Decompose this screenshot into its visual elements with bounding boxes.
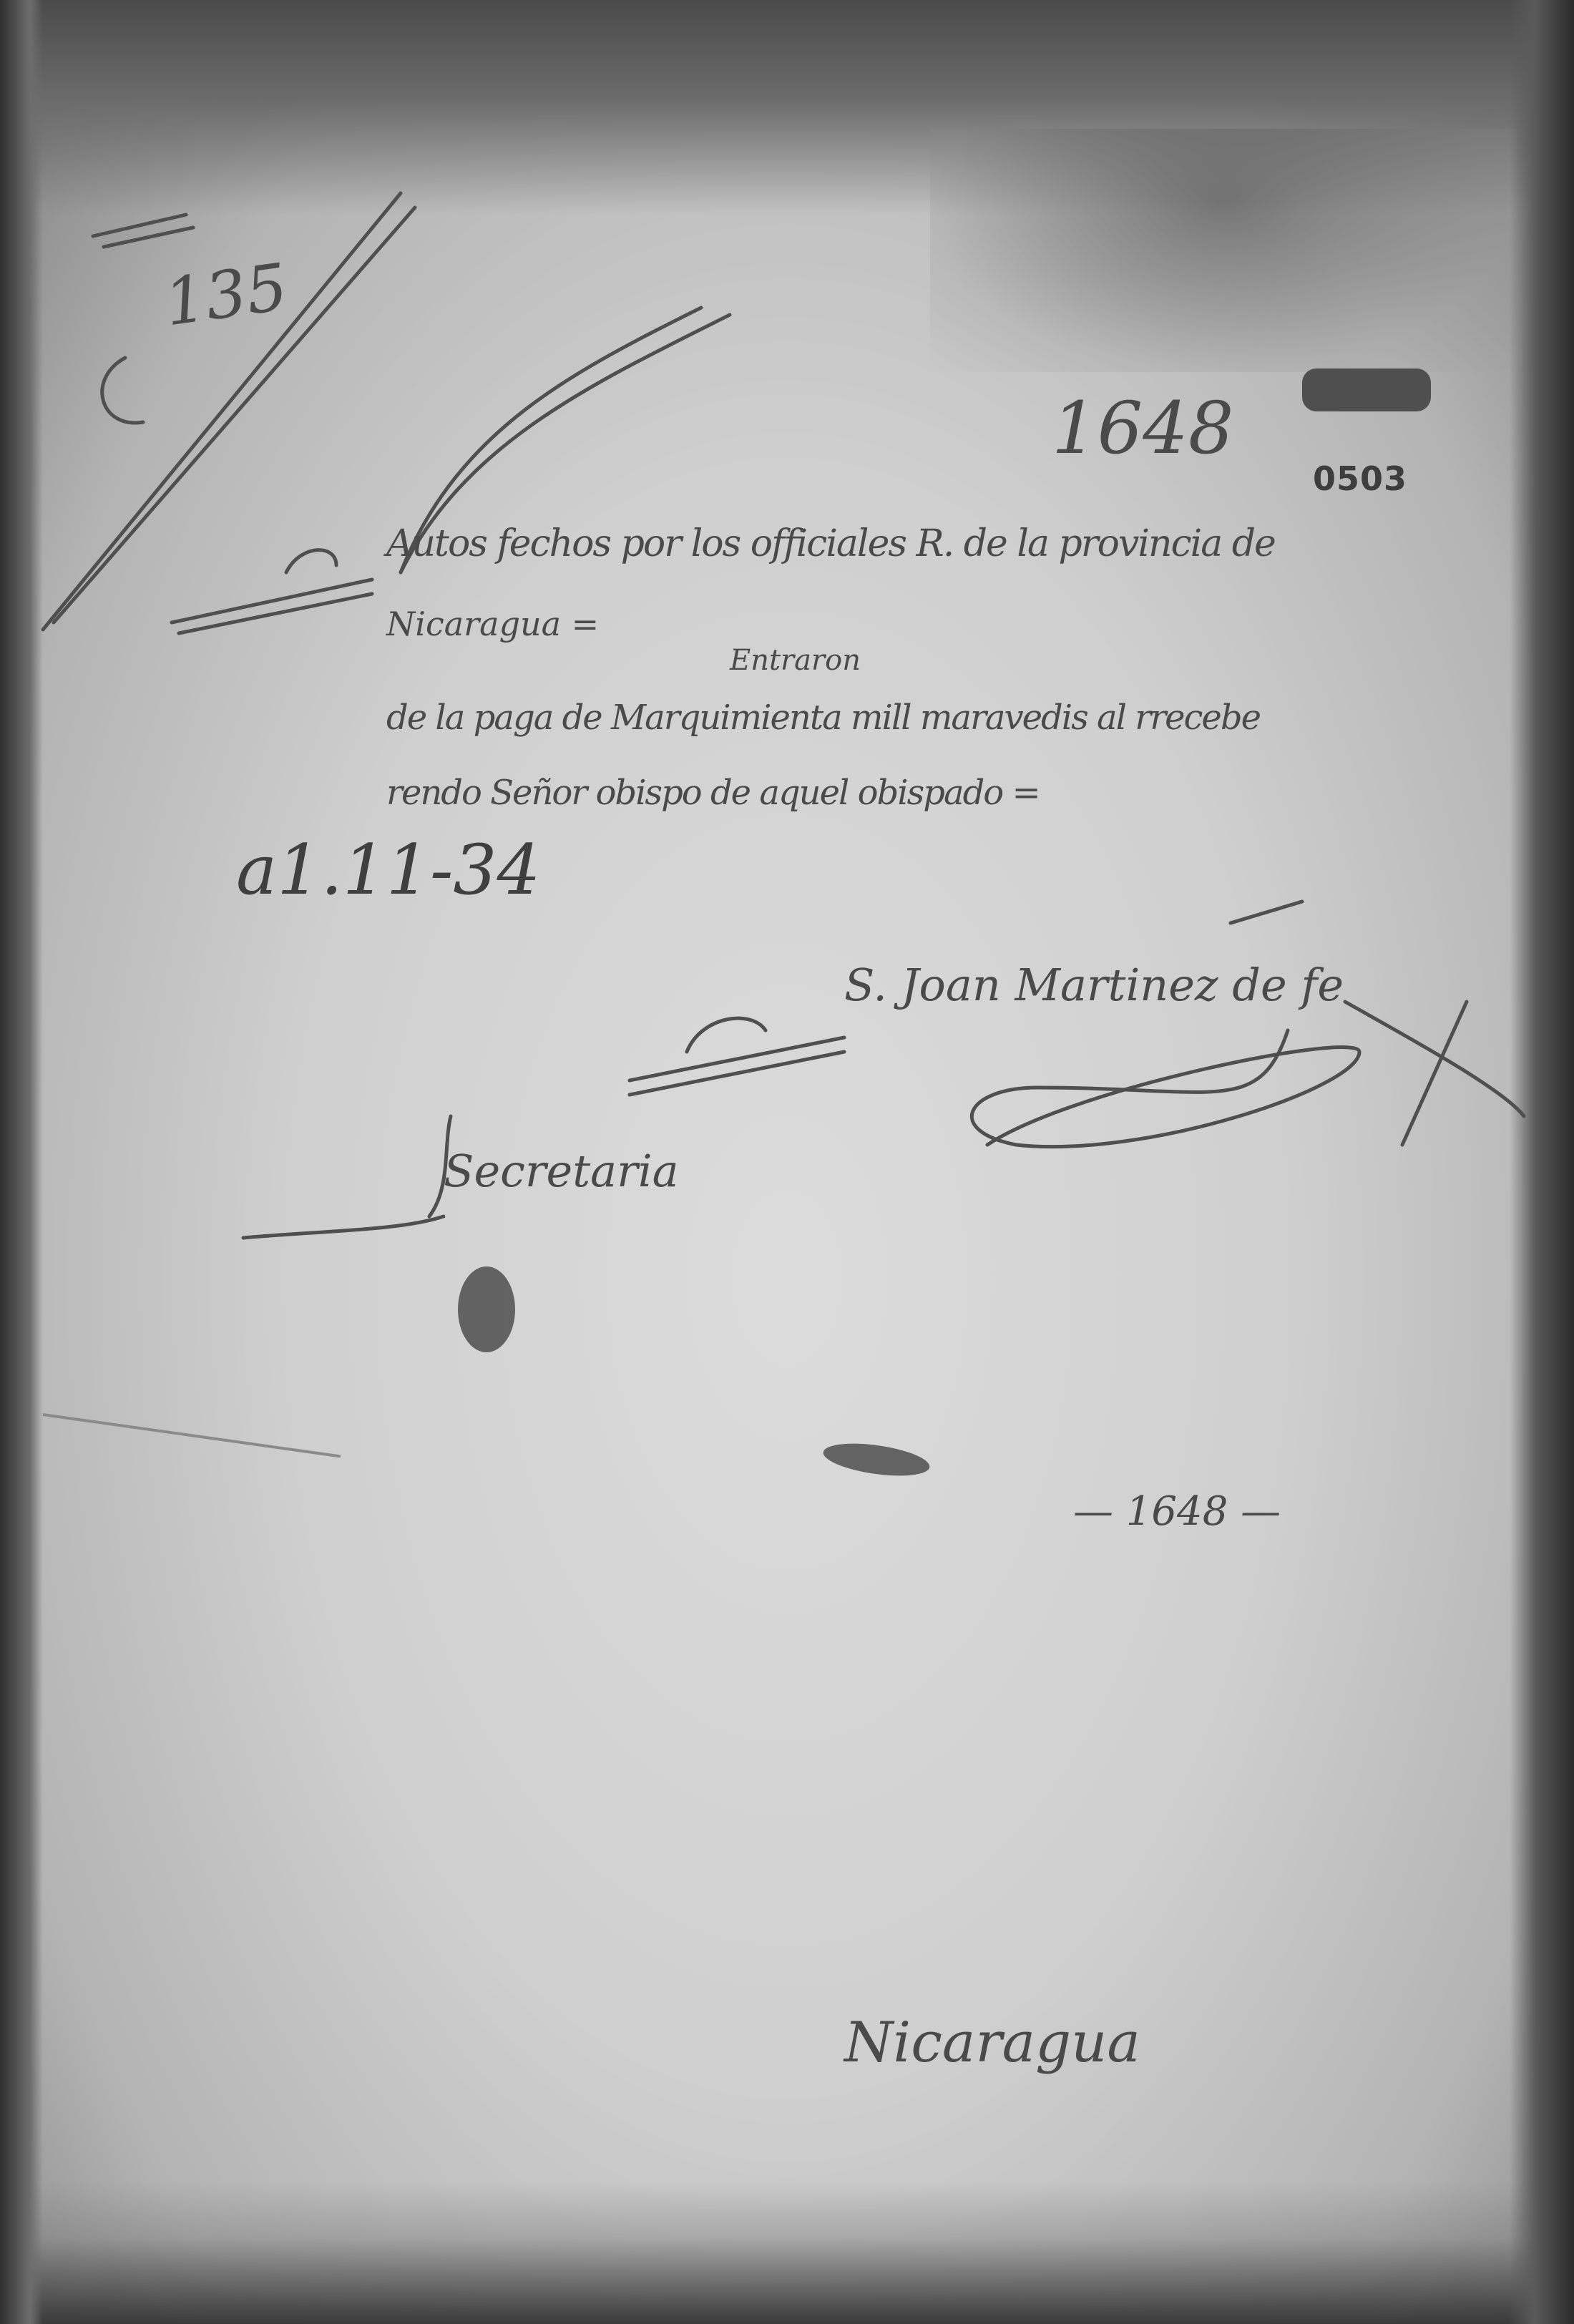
redaction-blot (1302, 368, 1431, 411)
place-name: Nicaragua (844, 2011, 1140, 2075)
heading-line-1: Autos fechos por los officiales R. de la… (386, 522, 1275, 565)
year-lower: — 1648 — (1073, 1488, 1281, 1535)
body-line-2: rendo Señor obispo de aquel obispado = (386, 773, 1040, 813)
body-line-1: de la paga de Marquimienta mill maravedi… (386, 698, 1260, 738)
signature-notary: S. Joan Martinez de fe (844, 959, 1344, 1011)
heading-line-2: Nicaragua = (386, 605, 599, 643)
interlinear-note: Entraron (730, 644, 861, 677)
reference-code: a1.11-34 (236, 830, 541, 910)
pen-flourish-strokes (0, 0, 1574, 2324)
signature-secretary: Secretaria (444, 1145, 679, 1197)
archive-stamp-number: 0503 (1313, 459, 1407, 498)
ink-blot (458, 1266, 515, 1352)
year-top: 1648 (1052, 386, 1234, 470)
